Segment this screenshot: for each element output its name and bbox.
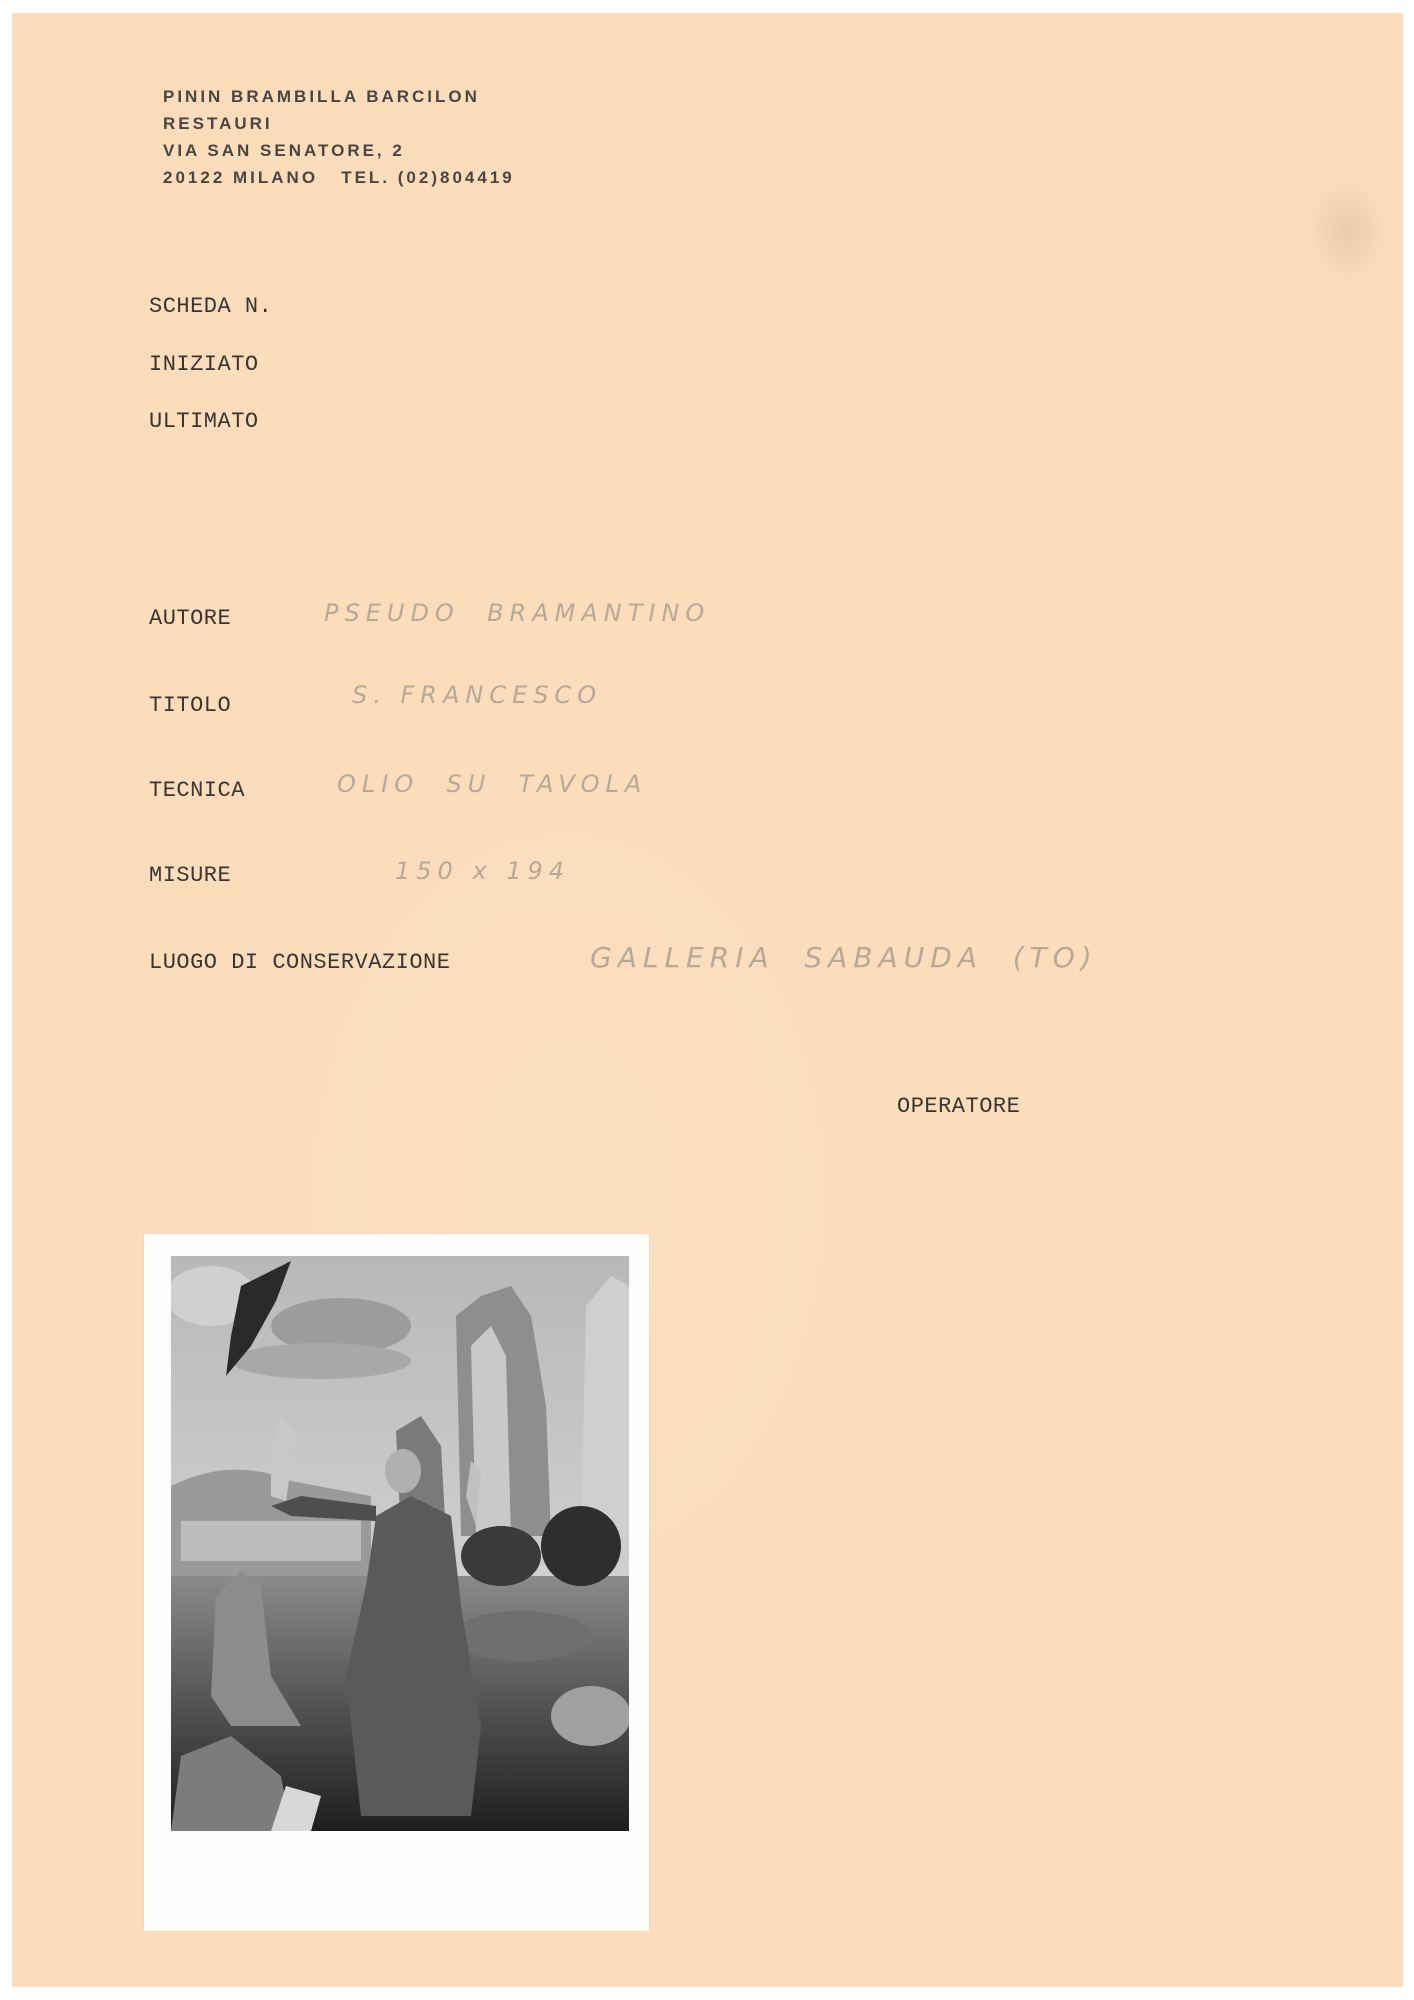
letterhead-stamp: PININ BRAMBILLA BARCILON RESTAURI VIA SA… — [163, 83, 515, 191]
letterhead-address: VIA SAN SENATORE, 2 — [163, 137, 515, 164]
iniziato-label: INIZIATO — [149, 352, 259, 377]
document-sheet: PININ BRAMBILLA BARCILON RESTAURI VIA SA… — [12, 13, 1403, 1987]
photograph-print — [144, 1234, 649, 1931]
titolo-value: S. FRANCESCO — [352, 681, 602, 709]
autore-label: AUTORE — [149, 606, 231, 631]
tecnica-label: TECNICA — [149, 778, 245, 803]
letterhead-business: RESTAURI — [163, 110, 515, 137]
ultimato-label: ULTIMATO — [149, 409, 259, 434]
st-francis-painting-illustration — [171, 1256, 629, 1831]
luogo-label: LUOGO DI CONSERVAZIONE — [149, 950, 450, 975]
painting-image — [171, 1256, 629, 1831]
scheda-label: SCHEDA N. — [149, 294, 272, 319]
luogo-value: GALLERIA SABAUDA (TO) — [590, 941, 1098, 974]
tecnica-value: OLIO SU TAVOLA — [337, 770, 647, 798]
letterhead-name: PININ BRAMBILLA BARCILON — [163, 83, 515, 110]
misure-value: 150 x 194 — [395, 857, 570, 885]
autore-value: PSEUDO BRAMANTINO — [324, 599, 710, 627]
operatore-label: OPERATORE — [897, 1094, 1020, 1119]
misure-label: MISURE — [149, 863, 231, 888]
letterhead-city-phone: 20122 MILANO TEL. (02)804419 — [163, 164, 515, 191]
titolo-label: TITOLO — [149, 693, 231, 718]
